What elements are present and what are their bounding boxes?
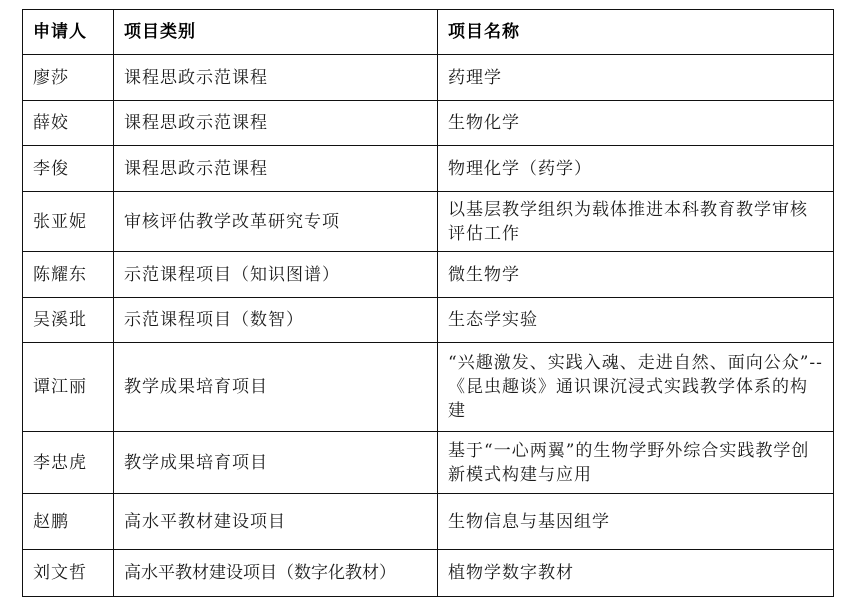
table-header-row: 申请人 项目类别 项目名称 (23, 10, 834, 55)
category-cell: 高水平教材建设项目 (114, 494, 438, 550)
applicant-cell: 廖莎 (23, 55, 114, 101)
header-category: 项目类别 (114, 10, 438, 55)
category-cell: 示范课程项目（数智） (114, 298, 438, 343)
table-row: 张亚妮 审核评估教学改革研究专项 以基层教学组织为载体推进本科教育教学审核评估工… (23, 192, 834, 252)
applicant-cell: 陈耀东 (23, 252, 114, 298)
header-applicant: 申请人 (23, 10, 114, 55)
applicant-cell: 薛姣 (23, 101, 114, 146)
project-table: 申请人 项目类别 项目名称 廖莎 课程思政示范课程 药理学 薛姣 课程思政示范课… (22, 9, 834, 597)
project-name-cell: 生态学实验 (438, 298, 834, 343)
project-name-cell: “兴趣激发、实践入魂、走进自然、面向公众”--《昆虫趣谈》通识课沉浸式实践教学体… (438, 343, 834, 432)
applicant-cell: 谭江丽 (23, 343, 114, 432)
table-row: 谭江丽 教学成果培育项目 “兴趣激发、实践入魂、走进自然、面向公众”--《昆虫趣… (23, 343, 834, 432)
applicant-cell: 刘文哲 (23, 550, 114, 597)
category-cell: 课程思政示范课程 (114, 55, 438, 101)
project-name-cell: 药理学 (438, 55, 834, 101)
table-row: 李忠虎 教学成果培育项目 基于“一心两翼”的生物学野外综合实践教学创新模式构建与… (23, 432, 834, 494)
project-name-cell: 物理化学（药学） (438, 146, 834, 192)
category-cell: 教学成果培育项目 (114, 343, 438, 432)
table-row: 薛姣 课程思政示范课程 生物化学 (23, 101, 834, 146)
header-project-name: 项目名称 (438, 10, 834, 55)
table-row: 陈耀东 示范课程项目（知识图谱） 微生物学 (23, 252, 834, 298)
applicant-cell: 李俊 (23, 146, 114, 192)
table-row: 赵鹏 高水平教材建设项目 生物信息与基因组学 (23, 494, 834, 550)
table-row: 吴溪玭 示范课程项目（数智） 生态学实验 (23, 298, 834, 343)
project-name-cell: 微生物学 (438, 252, 834, 298)
project-name-cell: 基于“一心两翼”的生物学野外综合实践教学创新模式构建与应用 (438, 432, 834, 494)
table-row: 李俊 课程思政示范课程 物理化学（药学） (23, 146, 834, 192)
applicant-cell: 李忠虎 (23, 432, 114, 494)
category-cell: 高水平教材建设项目（数字化教材） (114, 550, 438, 597)
category-cell: 课程思政示范课程 (114, 146, 438, 192)
category-cell: 审核评估教学改革研究专项 (114, 192, 438, 252)
category-cell: 课程思政示范课程 (114, 101, 438, 146)
applicant-cell: 吴溪玭 (23, 298, 114, 343)
category-cell: 示范课程项目（知识图谱） (114, 252, 438, 298)
applicant-cell: 张亚妮 (23, 192, 114, 252)
project-name-cell: 生物信息与基因组学 (438, 494, 834, 550)
project-name-cell: 植物学数字教材 (438, 550, 834, 597)
project-name-cell: 以基层教学组织为载体推进本科教育教学审核评估工作 (438, 192, 834, 252)
table-row: 廖莎 课程思政示范课程 药理学 (23, 55, 834, 101)
table-row: 刘文哲 高水平教材建设项目（数字化教材） 植物学数字教材 (23, 550, 834, 597)
applicant-cell: 赵鹏 (23, 494, 114, 550)
category-cell: 教学成果培育项目 (114, 432, 438, 494)
project-name-cell: 生物化学 (438, 101, 834, 146)
